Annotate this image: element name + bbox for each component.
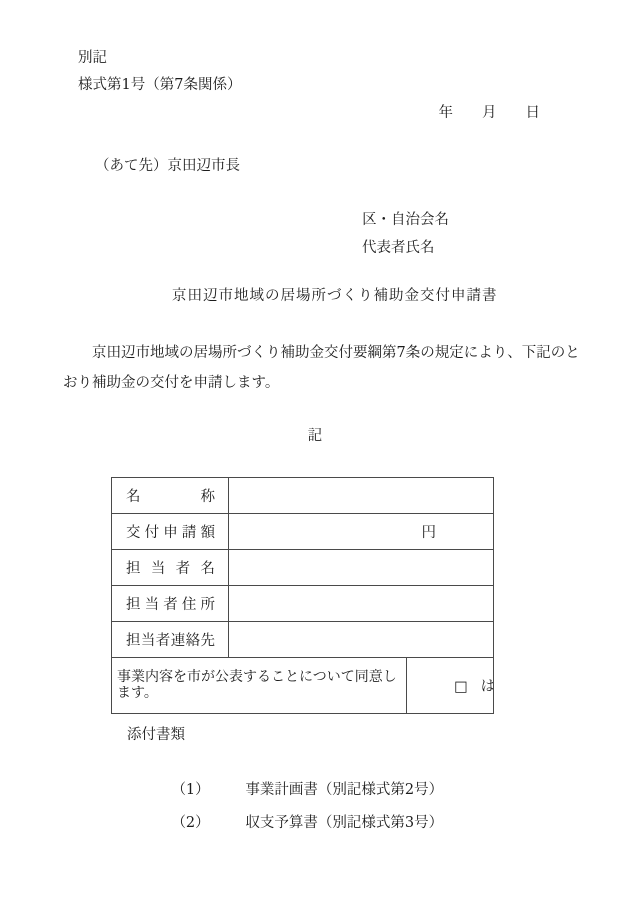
row-value-name xyxy=(229,478,494,514)
row-value-contact-address xyxy=(229,586,494,622)
attachment-item-text: 収支予算書（別記様式第3号） xyxy=(245,815,443,831)
consent-answer-cell: □はい xyxy=(407,658,494,714)
date-placeholder: 年 月 日 xyxy=(0,103,630,123)
margin-note: 別記 xyxy=(78,48,107,68)
representative-name-label: 代表者氏名 xyxy=(362,238,435,258)
table-row: 担当者連絡先 xyxy=(112,622,494,658)
row-value-contact-person xyxy=(229,550,494,586)
form-number: 様式第1号（第7条関係） xyxy=(78,75,241,95)
row-label-name: 名称 xyxy=(112,478,229,514)
table-row: 名称 xyxy=(112,478,494,514)
body-paragraph-line-2: おり補助金の交付を申請します。 xyxy=(63,373,279,393)
row-label-contact-phone: 担当者連絡先 xyxy=(112,622,229,658)
document-title: 京田辺市地域の居場所づくり補助金交付申請書 xyxy=(172,286,498,306)
row-value-amount-unit: 円 xyxy=(229,514,494,550)
row-value-contact-phone xyxy=(229,622,494,658)
table-row: 交付申請額 円 xyxy=(112,514,494,550)
consent-answer-label: はい xyxy=(481,679,494,695)
row-label-amount: 交付申請額 xyxy=(112,514,229,550)
consent-row: 事業内容を市が公表することについて同意し ます。 □はい xyxy=(112,658,494,714)
table-row: 担当者住所 xyxy=(112,586,494,622)
row-label-contact-person: 担当者名 xyxy=(112,550,229,586)
body-paragraph-line-1: 京田辺市地域の居場所づくり補助金交付要綱第7条の規定により、下記のと xyxy=(92,343,580,363)
checkbox-icon: □ xyxy=(454,679,468,695)
section-marker: 記 xyxy=(0,426,630,446)
consent-statement: 事業内容を市が公表することについて同意し ます。 xyxy=(112,658,407,714)
consent-statement-line-2: ます。 xyxy=(117,685,402,702)
attachment-item: （2）収支予算書（別記様式第3号） xyxy=(153,793,443,853)
addressee-line: （あて先）京田辺市長 xyxy=(95,156,240,176)
attachments-heading: 添付書類 xyxy=(127,725,185,745)
application-table: 名称 交付申請額 円 担当者名 担当者住所 担当者連絡先 事業内容を市 xyxy=(111,477,494,714)
attachment-item-number: （2） xyxy=(171,813,245,833)
row-label-contact-address: 担当者住所 xyxy=(112,586,229,622)
table-row: 担当者名 xyxy=(112,550,494,586)
association-name-label: 区・自治会名 xyxy=(362,210,449,230)
consent-statement-line-1: 事業内容を市が公表することについて同意し xyxy=(117,669,402,686)
document-page: 別記 様式第1号（第7条関係） 年 月 日 （あて先）京田辺市長 区・自治会名 … xyxy=(0,0,630,903)
